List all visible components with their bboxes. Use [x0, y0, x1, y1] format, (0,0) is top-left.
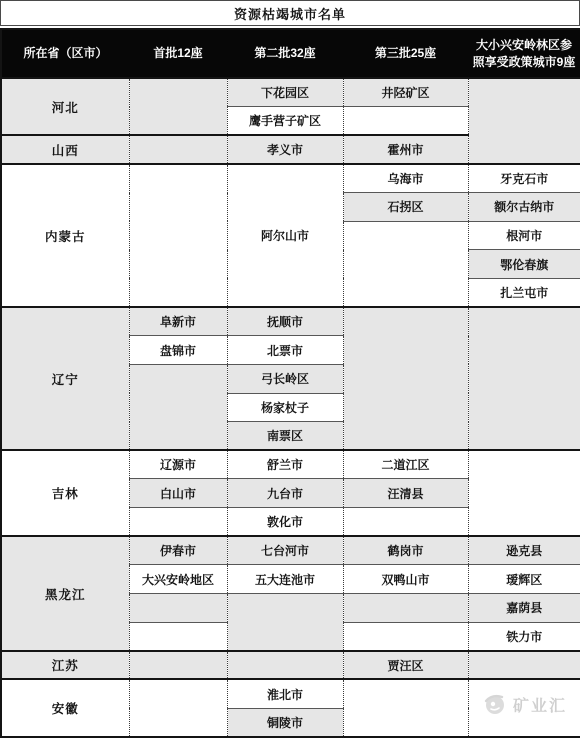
city-cell: 井陉矿区 — [343, 78, 468, 107]
empty-cell — [343, 594, 468, 623]
city-cell: 铜陵市 — [227, 708, 343, 737]
empty-cell — [227, 594, 343, 651]
empty-cell — [468, 78, 580, 164]
header-batch-3: 第三批25座 — [343, 29, 468, 78]
table-body: 河北下花园区井陉矿区鹰手营子矿区山西孝义市霍州市内蒙古阿尔山市乌海市牙克石市石拐… — [1, 78, 580, 737]
city-cell: 汪清县 — [343, 479, 468, 508]
header-batch-1: 首批12座 — [129, 29, 227, 78]
table-row: 河北下花园区井陉矿区 — [1, 78, 580, 107]
empty-cell — [468, 651, 580, 680]
city-cell: 孝义市 — [227, 135, 343, 164]
city-cell: 瑷辉区 — [468, 565, 580, 594]
city-cell: 阜新市 — [129, 307, 227, 336]
city-cell: 贾汪区 — [343, 651, 468, 680]
province-cell: 江苏 — [1, 651, 129, 680]
empty-cell — [468, 307, 580, 450]
empty-cell — [343, 679, 468, 737]
city-cell: 淮北市 — [227, 679, 343, 708]
city-cell: 阿尔山市 — [227, 164, 343, 307]
page: 资源枯竭城市名单 所在省（区市） 首批12座 第二批32座 第三批25座 大小兴… — [0, 0, 580, 738]
empty-cell — [129, 508, 227, 537]
empty-cell — [129, 135, 227, 164]
city-cell: 辽源市 — [129, 450, 227, 479]
city-cell: 抚顺市 — [227, 307, 343, 336]
city-cell: 牙克石市 — [468, 164, 580, 193]
page-title: 资源枯竭城市名单 — [234, 4, 346, 23]
empty-cell — [343, 221, 468, 307]
empty-cell — [129, 164, 227, 307]
city-cell: 根河市 — [468, 221, 580, 250]
city-cell: 伊春市 — [129, 536, 227, 565]
city-cell: 大兴安岭地区 — [129, 565, 227, 594]
table-row: 辽宁阜新市抚顺市 — [1, 307, 580, 336]
province-cell: 辽宁 — [1, 307, 129, 450]
header-province: 所在省（区市） — [1, 29, 129, 78]
province-cell: 河北 — [1, 78, 129, 135]
province-cell: 黑龙江 — [1, 536, 129, 651]
city-cell: 嘉荫县 — [468, 594, 580, 623]
city-cell: 双鸭山市 — [343, 565, 468, 594]
city-cell: 下花园区 — [227, 78, 343, 107]
city-cell: 盘锦市 — [129, 336, 227, 365]
city-cell: 舒兰市 — [227, 450, 343, 479]
city-table: 所在省（区市） 首批12座 第二批32座 第三批25座 大小兴安岭林区参照享受政… — [0, 28, 580, 738]
header-row: 所在省（区市） 首批12座 第二批32座 第三批25座 大小兴安岭林区参照享受政… — [1, 29, 580, 78]
province-cell: 内蒙古 — [1, 164, 129, 307]
table-row: 黑龙江伊春市七台河市鹤岗市逊克县 — [1, 536, 580, 565]
empty-cell — [468, 450, 580, 536]
city-cell: 二道江区 — [343, 450, 468, 479]
table-header: 所在省（区市） 首批12座 第二批32座 第三批25座 大小兴安岭林区参照享受政… — [1, 29, 580, 78]
province-cell: 吉林 — [1, 450, 129, 536]
city-cell: 弓长岭区 — [227, 364, 343, 393]
empty-cell — [343, 107, 468, 136]
province-cell: 山西 — [1, 135, 129, 164]
table-row: 安徽淮北市 — [1, 679, 580, 708]
table-row: 江苏贾汪区 — [1, 651, 580, 680]
empty-cell — [129, 651, 227, 680]
empty-cell — [343, 508, 468, 537]
empty-cell — [129, 594, 227, 623]
city-cell: 额尔古纳市 — [468, 193, 580, 222]
city-cell: 铁力市 — [468, 622, 580, 651]
city-cell: 石拐区 — [343, 193, 468, 222]
city-cell: 鄂伦春旗 — [468, 250, 580, 279]
empty-cell — [129, 679, 227, 737]
table-row: 内蒙古阿尔山市乌海市牙克石市 — [1, 164, 580, 193]
province-cell: 安徽 — [1, 679, 129, 737]
city-cell: 白山市 — [129, 479, 227, 508]
empty-cell — [227, 651, 343, 680]
empty-cell — [343, 307, 468, 450]
header-batch-2: 第二批32座 — [227, 29, 343, 78]
city-cell: 敦化市 — [227, 508, 343, 537]
empty-cell — [468, 679, 580, 737]
table-title-bar: 资源枯竭城市名单 — [0, 0, 580, 26]
city-cell: 逊克县 — [468, 536, 580, 565]
table-row: 吉林辽源市舒兰市二道江区 — [1, 450, 580, 479]
empty-cell — [129, 78, 227, 135]
city-cell: 霍州市 — [343, 135, 468, 164]
city-cell: 杨家杖子 — [227, 393, 343, 422]
city-cell: 扎兰屯市 — [468, 278, 580, 307]
city-cell: 九台市 — [227, 479, 343, 508]
city-cell: 北票市 — [227, 336, 343, 365]
empty-cell — [343, 622, 468, 651]
empty-cell — [129, 622, 227, 651]
city-cell: 七台河市 — [227, 536, 343, 565]
city-cell: 鹤岗市 — [343, 536, 468, 565]
header-forest-policy: 大小兴安岭林区参照享受政策城市9座 — [468, 29, 580, 78]
city-cell: 南票区 — [227, 422, 343, 451]
city-cell: 鹰手营子矿区 — [227, 107, 343, 136]
empty-cell — [129, 364, 227, 450]
city-cell: 五大连池市 — [227, 565, 343, 594]
city-cell: 乌海市 — [343, 164, 468, 193]
